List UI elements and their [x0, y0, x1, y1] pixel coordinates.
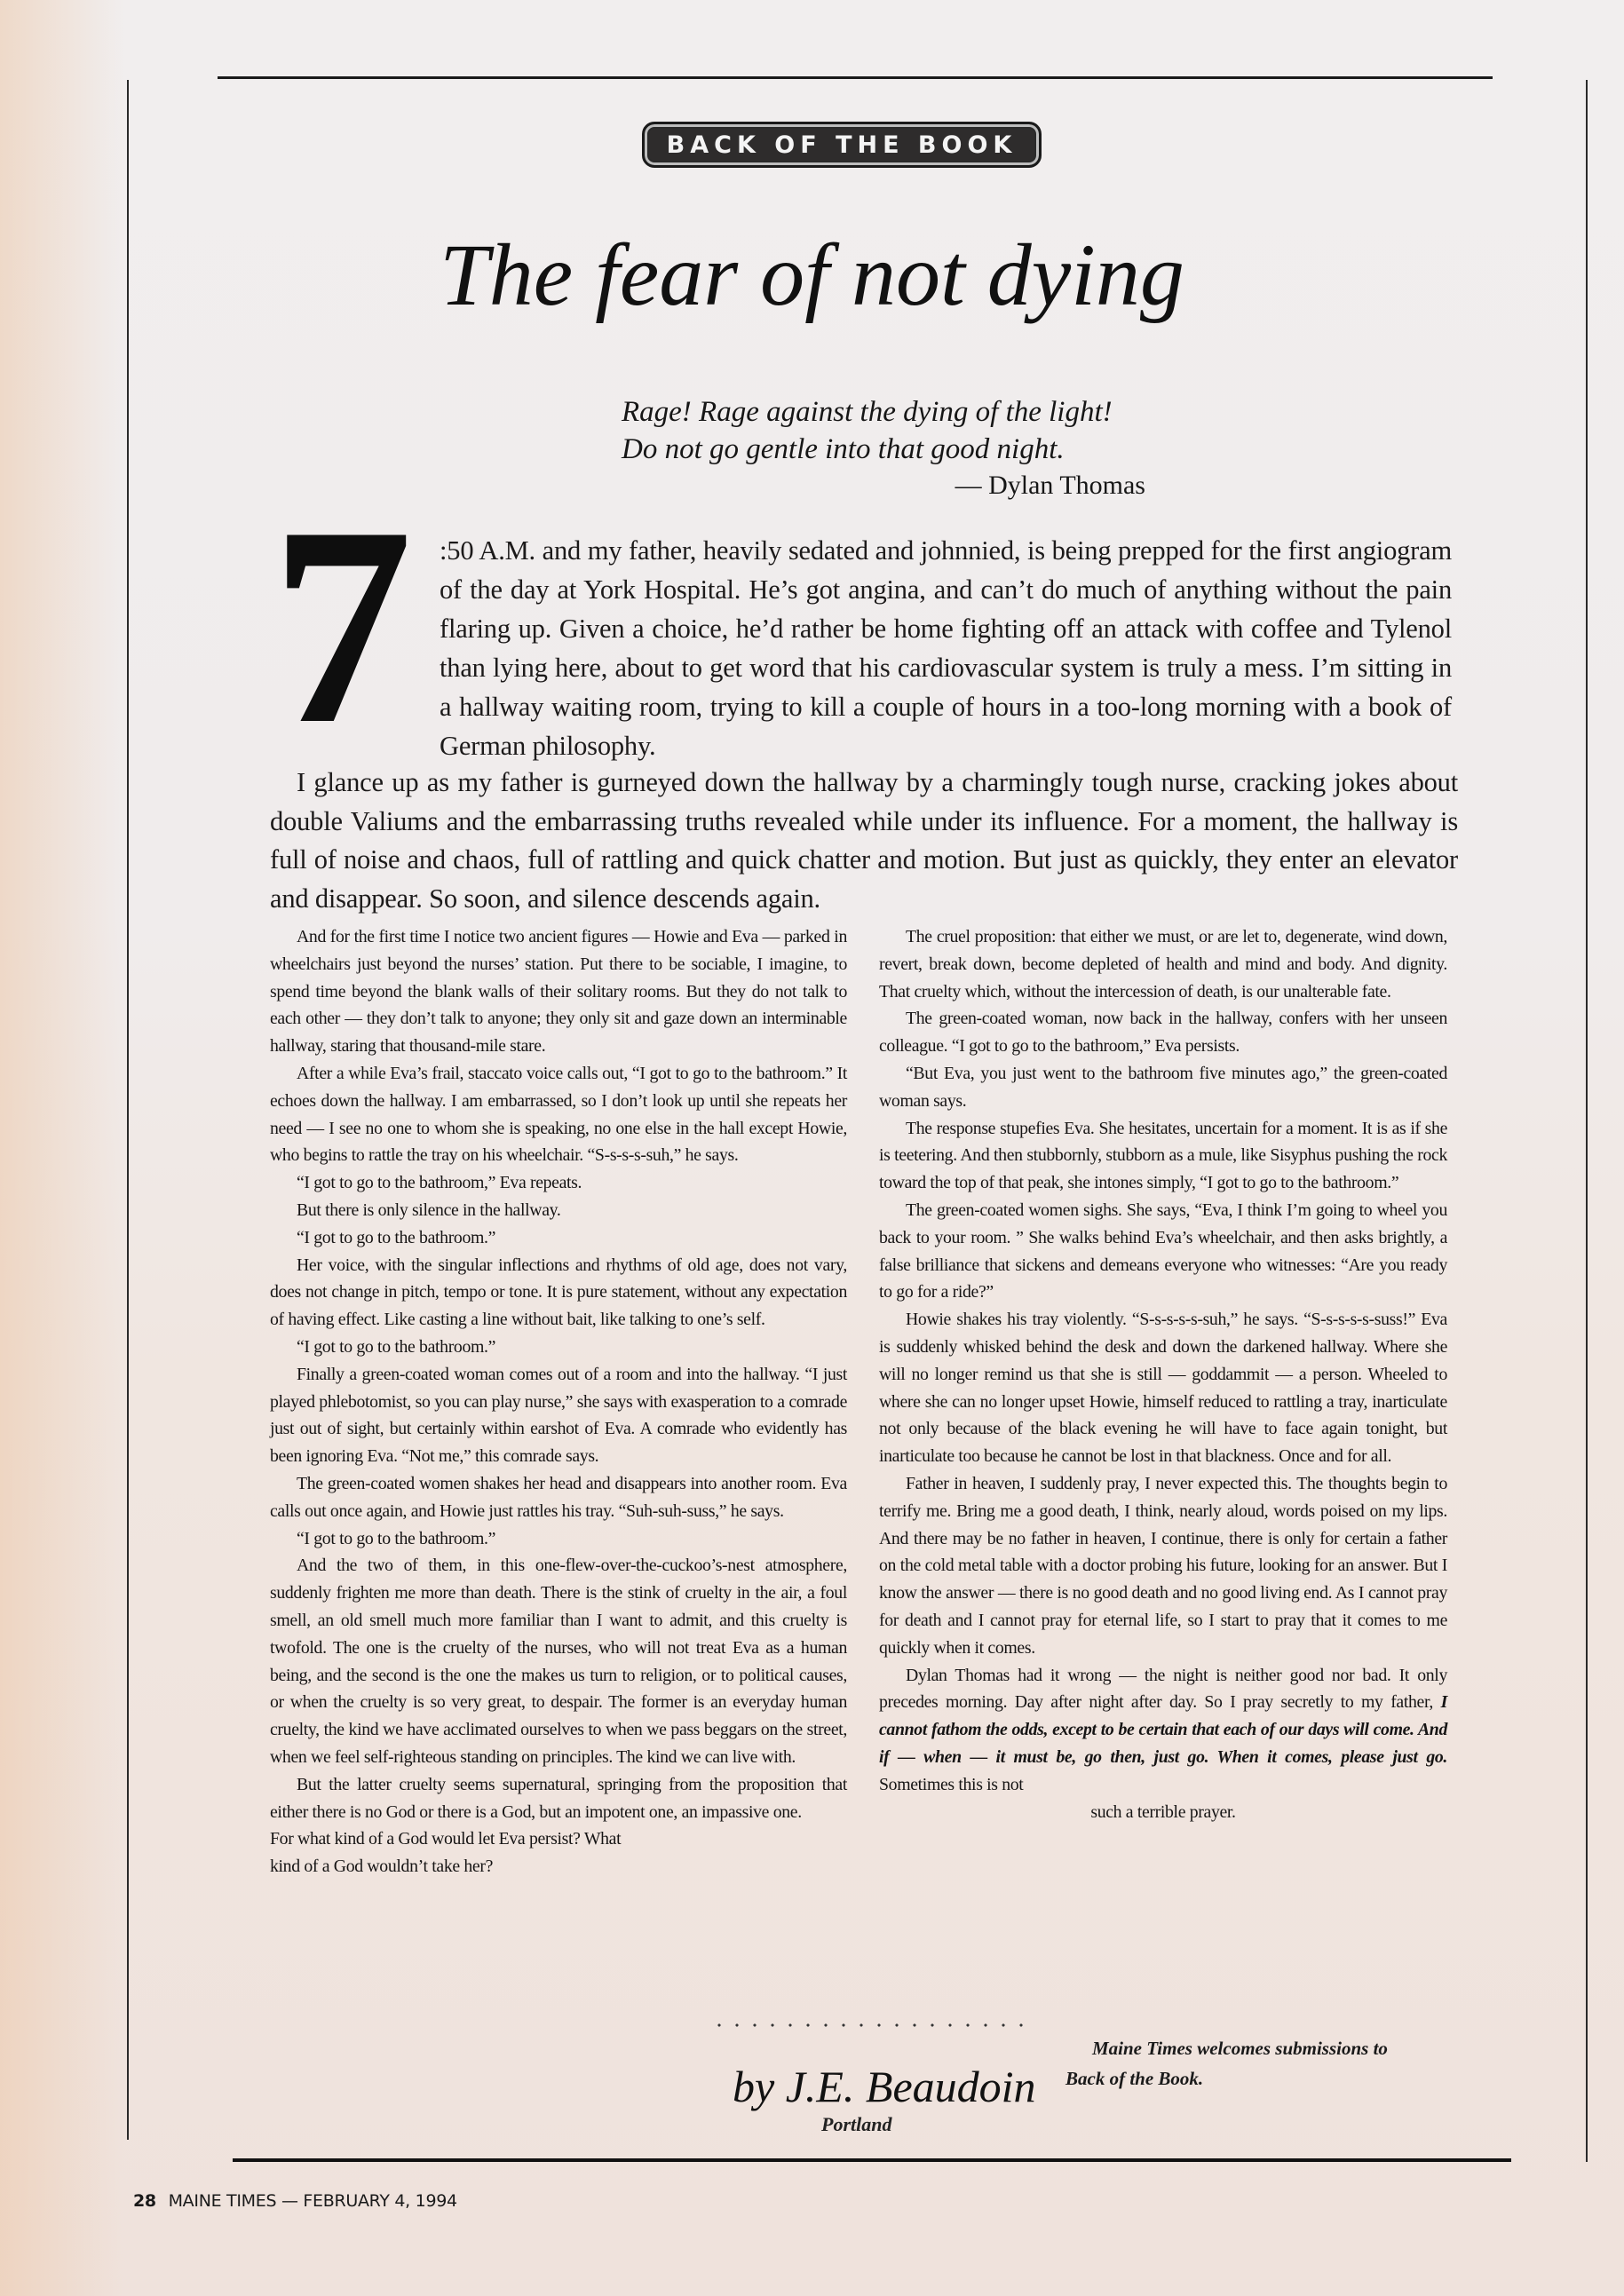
- top-rule: [218, 76, 1493, 79]
- epigraph-line-2: Do not go gentle into that good night.: [622, 431, 1172, 468]
- dotted-divider: [710, 2023, 1030, 2028]
- closing-final-line: such a terrible prayer.: [879, 1799, 1447, 1826]
- section-badge: BACK OF THE BOOK: [642, 122, 1042, 168]
- body-paragraph: The cruel proposition: that either we mu…: [879, 923, 1447, 1005]
- body-paragraph: The response stupefies Eva. She hesitate…: [879, 1115, 1447, 1197]
- body-paragraph: The green-coated women shakes her head a…: [270, 1470, 847, 1525]
- epigraph-attribution: — Dylan Thomas: [622, 468, 1172, 503]
- epigraph: Rage! Rage against the dying of the ligh…: [622, 393, 1172, 503]
- body-column-right: The cruel proposition: that either we mu…: [879, 923, 1447, 1825]
- body-paragraph: The green-coated women sighs. She says, …: [879, 1197, 1447, 1306]
- submissions-note-line-1: Maine Times welcomes submissions to: [1066, 2033, 1438, 2063]
- body-paragraph: Her voice, with the singular inflections…: [270, 1252, 847, 1334]
- body-paragraph: Howie shakes his tray violently. “S-s-s-…: [879, 1306, 1447, 1470]
- article-title: The fear of not dying: [0, 222, 1624, 329]
- section-label: BACK OF THE BOOK: [667, 131, 1018, 159]
- body-column-left: And for the first time I notice two anci…: [270, 923, 847, 1880]
- body-paragraph: Father in heaven, I suddenly pray, I nev…: [879, 1470, 1447, 1662]
- body-paragraph: But the latter cruelty seems supernatura…: [270, 1771, 847, 1826]
- epigraph-line-1: Rage! Rage against the dying of the ligh…: [622, 393, 1172, 431]
- submissions-note: Maine Times welcomes submissions to Back…: [1066, 2033, 1438, 2094]
- body-paragraph: And the two of them, in this one-flew-ov…: [270, 1552, 847, 1770]
- body-paragraph: “I got to go to the bathroom.”: [270, 1224, 847, 1252]
- closing-text: Dylan Thomas had it wrong — the night is…: [879, 1666, 1447, 1713]
- body-paragraph: The green-coated woman, now back in the …: [879, 1005, 1447, 1060]
- body-paragraph: After a while Eva’s frail, staccato voic…: [270, 1060, 847, 1169]
- page-number: 28: [133, 2191, 156, 2211]
- publication-date: MAINE TIMES — FEBRUARY 4, 1994: [169, 2191, 457, 2211]
- body-paragraph-end: For what kind of a God would let Eva per…: [270, 1825, 652, 1880]
- body-paragraph: And for the first time I notice two anci…: [270, 923, 847, 1060]
- lead-paragraph-2: I glance up as my father is gurneyed dow…: [270, 764, 1458, 918]
- byline: by J.E. Beaudoin: [733, 2060, 1036, 2113]
- body-paragraph: But there is only silence in the hallway…: [270, 1197, 847, 1224]
- closing-text-end: Sometimes this is not: [879, 1775, 1023, 1794]
- lead-paragraph: :50 A.M. and my father, heavily sedated …: [440, 531, 1452, 765]
- left-rule: [127, 80, 129, 2140]
- drop-cap: 7: [271, 502, 413, 750]
- paper-edge-shading: [0, 0, 124, 2296]
- submissions-note-line-2: Back of the Book.: [1066, 2063, 1438, 2094]
- page-footer: 28 MAINE TIMES — FEBRUARY 4, 1994: [133, 2191, 457, 2211]
- body-paragraph: “I got to go to the bathroom,” Eva repea…: [270, 1169, 847, 1197]
- closing-paragraph: Dylan Thomas had it wrong — the night is…: [879, 1662, 1447, 1799]
- body-paragraph: “But Eva, you just went to the bathroom …: [879, 1060, 1447, 1115]
- body-paragraph: “I got to go to the bathroom.”: [270, 1525, 847, 1553]
- byline-location: Portland: [821, 2113, 891, 2136]
- body-paragraph: “I got to go to the bathroom.”: [270, 1334, 847, 1361]
- right-rule: [1586, 80, 1588, 2162]
- body-paragraph: Finally a green-coated woman comes out o…: [270, 1361, 847, 1470]
- bottom-rule: [233, 2158, 1511, 2162]
